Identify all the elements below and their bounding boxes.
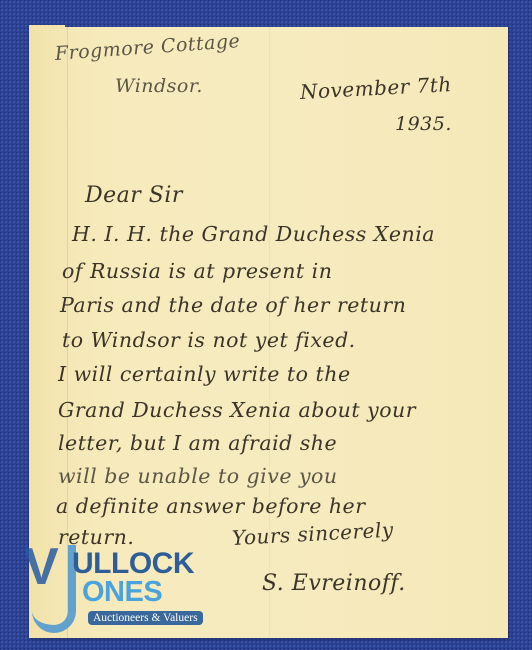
- body-line: Paris and the date of her return: [60, 293, 406, 317]
- body-line: to Windsor is not yet fixed.: [62, 328, 356, 352]
- auctioneer-watermark-logo: V ULLOCK ONES Auctioneers & Valuers: [10, 545, 215, 645]
- body-line: H. I. H. the Grand Duchess Xenia: [72, 222, 435, 246]
- letter-salutation: Dear Sir: [85, 183, 183, 208]
- sender-address-line-2: Windsor.: [115, 75, 203, 97]
- body-line: will be unable to give you: [58, 464, 338, 488]
- logo-tagline-badge: Auctioneers & Valuers: [88, 611, 203, 625]
- body-line: of Russia is at present in: [62, 259, 332, 283]
- body-line: I will certainly write to the: [58, 362, 351, 386]
- body-line: letter, but I am afraid she: [58, 431, 337, 455]
- body-line: a definite answer before her: [56, 494, 366, 518]
- paper-torn-tab: [29, 25, 65, 29]
- body-line: Grand Duchess Xenia about your: [58, 398, 416, 422]
- letter-signature: S. Evreinoff.: [262, 571, 406, 596]
- logo-text-ones: ONES: [82, 576, 162, 609]
- letter-date-year: 1935.: [395, 113, 452, 135]
- logo-monogram-v: V: [24, 537, 59, 597]
